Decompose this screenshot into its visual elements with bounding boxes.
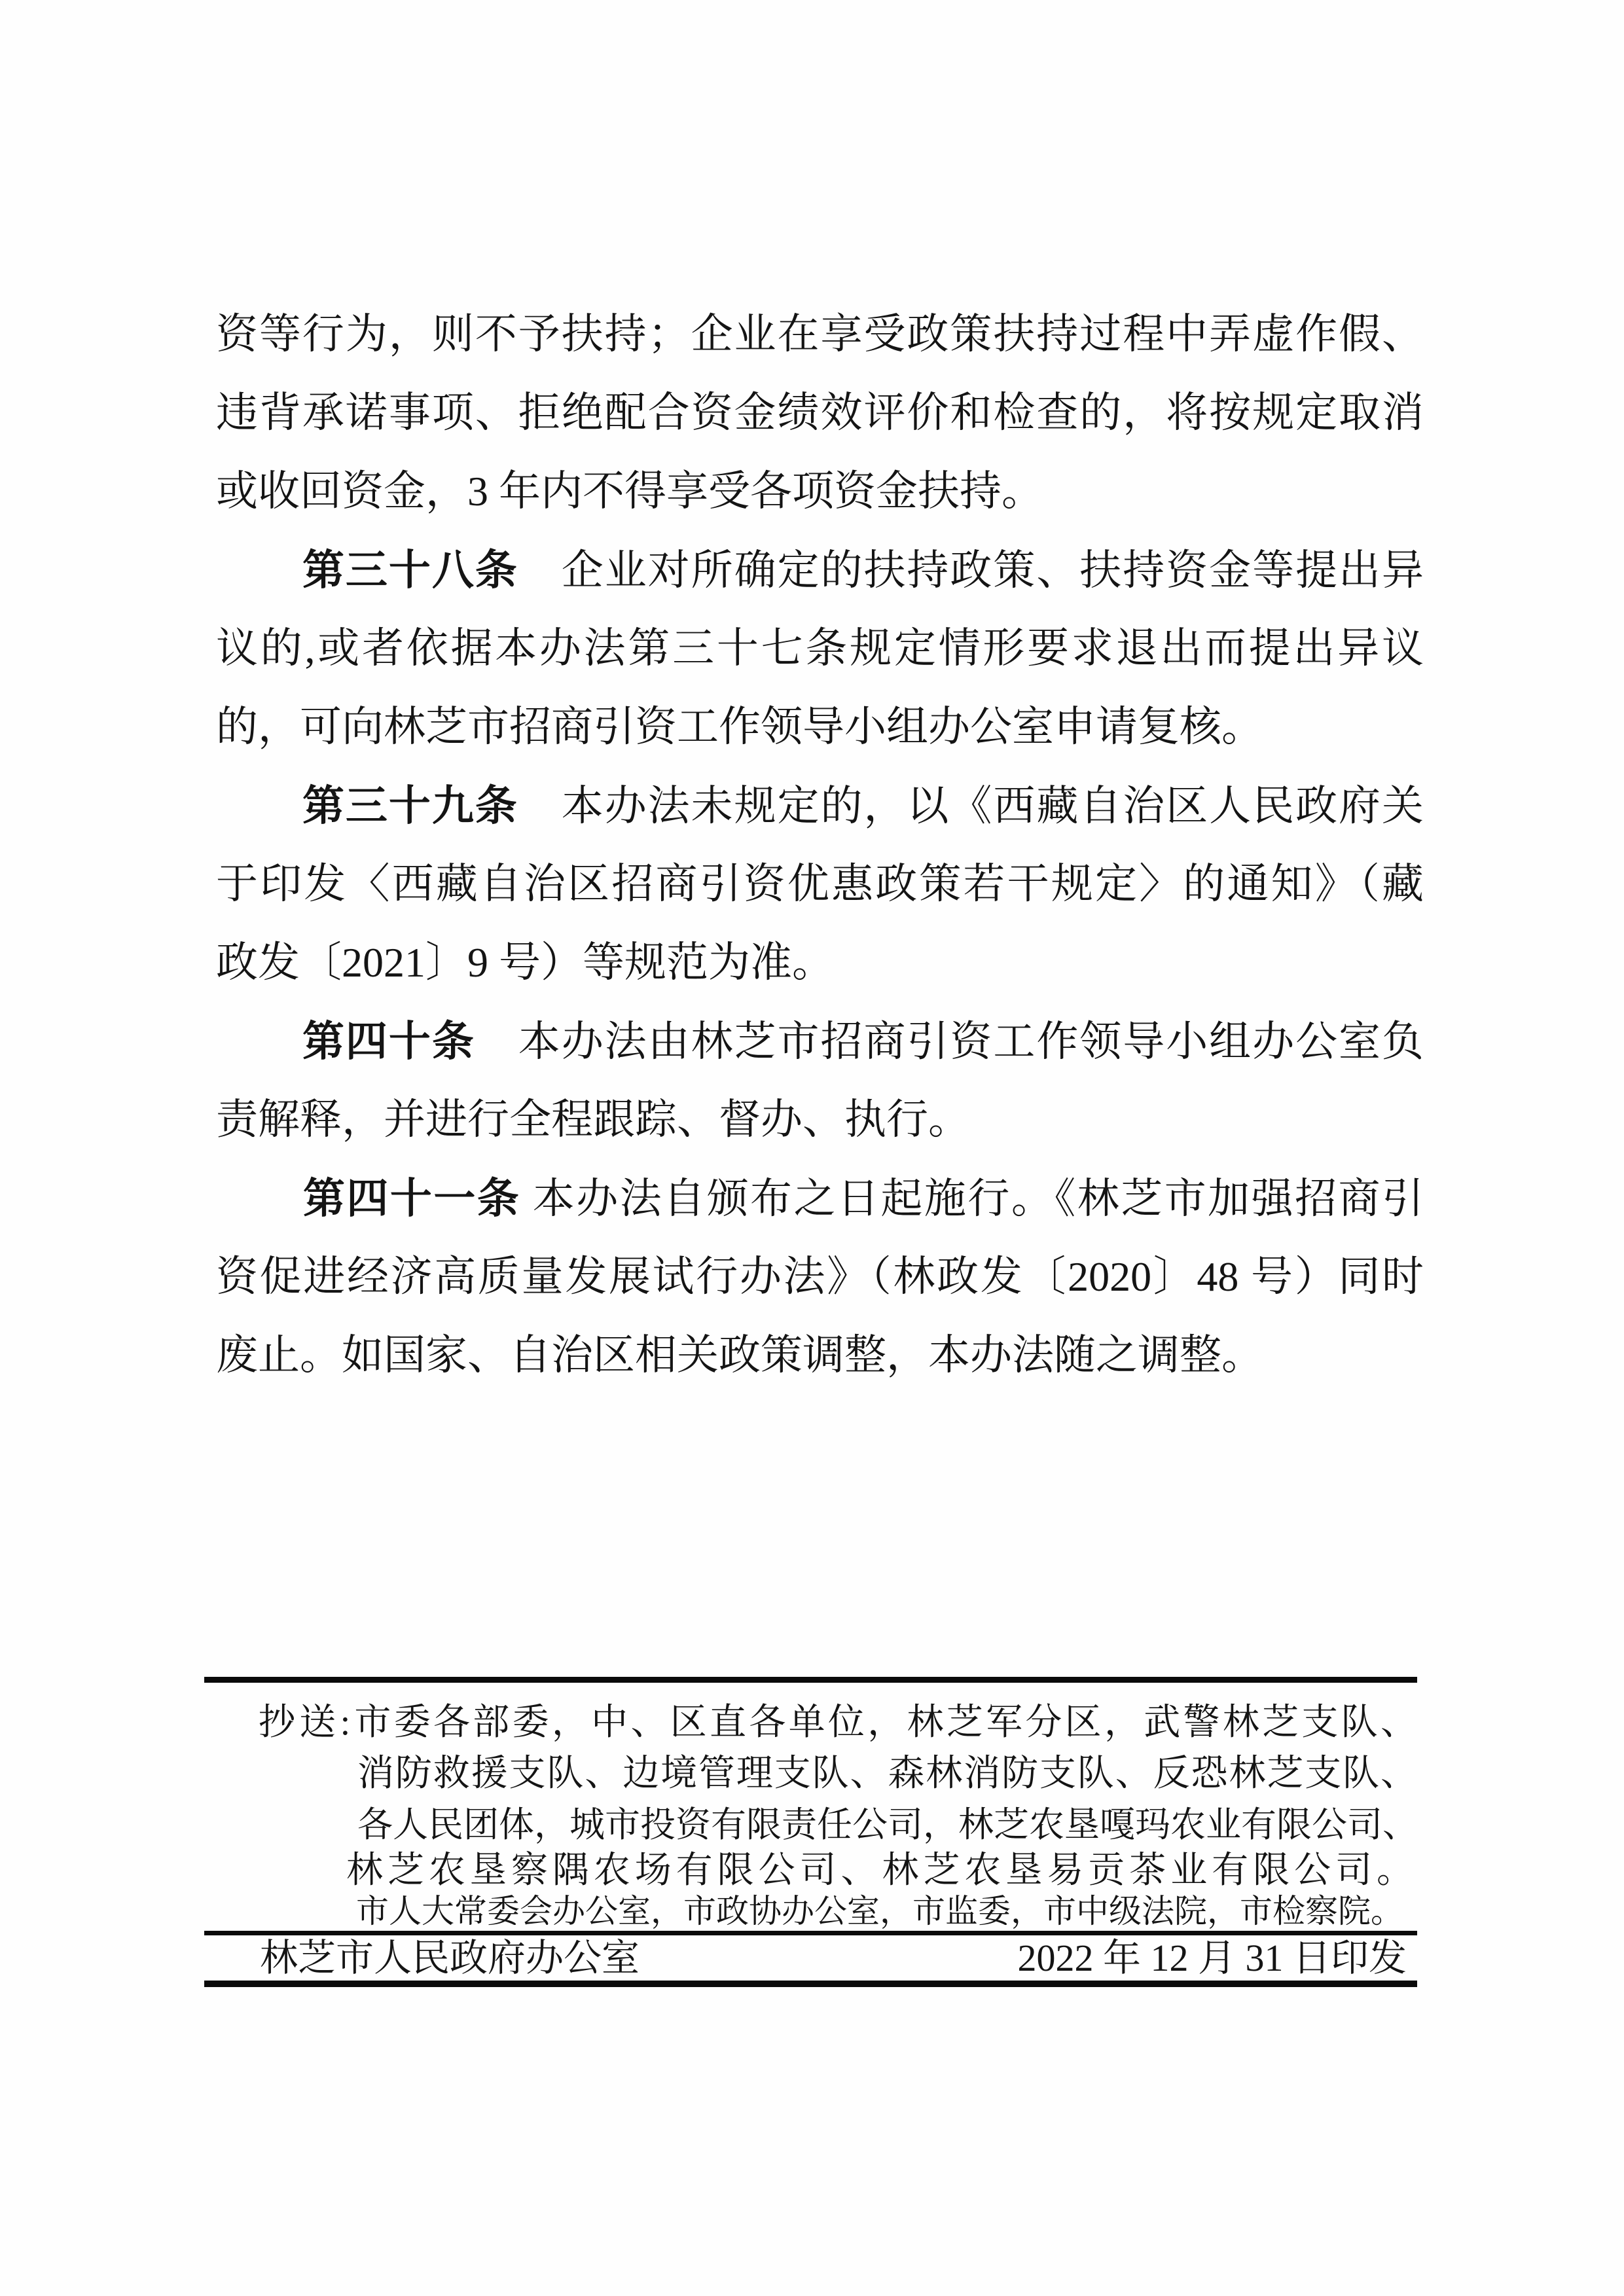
- cc-line-4: 林芝农垦察隅农场有限公司、林芝农垦易贡茶业有限公司。: [346, 1850, 1413, 1892]
- body-text-run: 的，可向林芝市招商引资工作领导小组办公室申请复核。: [216, 704, 1263, 750]
- body-text-run: [216, 547, 302, 594]
- body-text-run: 于印发〈西藏自治区招商引资优惠政策若干规定〉的通知》（藏: [216, 861, 1424, 907]
- body-line-8: 于印发〈西藏自治区招商引资优惠政策若干规定〉的通知》（藏: [216, 845, 1424, 924]
- body-text-run: 企业对所确定的扶持政策、扶持资金等提出异: [518, 547, 1424, 594]
- colophon-bottom-rule: [204, 1981, 1417, 1987]
- body-line-10: 第四十条 本办法由林芝市招商引资工作领导小组办公室负: [216, 1002, 1424, 1081]
- article-heading: 第四十一条: [303, 1175, 520, 1222]
- issuing-office: 林芝市人民政府办公室: [260, 1935, 640, 1981]
- body-line-1: 资等行为，则不予扶持；企业在享受政策扶持过程中弄虚作假、: [216, 295, 1424, 374]
- imprint-row: 林芝市人民政府办公室 2022 年 12 月 31 日印发: [204, 1935, 1417, 1981]
- body-text-run: 违背承诺事项、拒绝配合资金绩效评价和检查的，将按规定取消: [216, 389, 1424, 436]
- body-line-9: 政发〔2021〕9 号）等规范为准。: [216, 924, 1424, 1002]
- body-text-run: 政发〔2021〕9 号）等规范为准。: [216, 939, 834, 986]
- body-line-3: 或收回资金，3 年内不得享受各项资金扶持。: [216, 452, 1424, 531]
- body-line-5: 议的,或者依据本办法第三十七条规定情形要求退出而提出异议: [216, 609, 1424, 688]
- cc-label: 抄送:: [259, 1702, 352, 1743]
- body-line-13: 资促进经济高质量发展试行办法》（林政发〔2020〕48 号）同时: [216, 1238, 1424, 1316]
- article-heading: 第四十条: [302, 1018, 475, 1065]
- body-line-11: 责解释，并进行全程跟踪、督办、执行。: [216, 1081, 1424, 1159]
- body-text-run: 本办法自颁布之日起施行。《林芝市加强招商引: [520, 1175, 1424, 1222]
- body-text-run: [216, 1175, 303, 1222]
- cc-line-3: 各人民团体，城市投资有限责任公司，林芝农垦嘎玛农业有限公司、: [357, 1804, 1420, 1846]
- colophon-top-rule: [204, 1677, 1417, 1683]
- body-line-2: 违背承诺事项、拒绝配合资金绩效评价和检查的，将按规定取消: [216, 374, 1424, 452]
- body-text-run: [216, 1018, 302, 1065]
- body-text-run: 本办法未规定的，以《西藏自治区人民政府关: [518, 783, 1424, 829]
- article-heading: 第三十八条: [302, 547, 518, 594]
- cc-line-1: 抄送:市委各部委，中、区直各单位，林芝军分区，武警林芝支队、: [259, 1702, 1417, 1744]
- document-page: 资等行为，则不予扶持；企业在享受政策扶持过程中弄虚作假、违背承诺事项、拒绝配合资…: [0, 0, 1624, 2296]
- cc-line-2: 消防救援支队、边境管理支队、森林消防支队、反恐林芝支队、: [357, 1753, 1417, 1795]
- article-heading: 第三十九条: [302, 782, 518, 829]
- print-date: 2022 年 12 月 31 日印发: [1017, 1935, 1407, 1981]
- document-body: 资等行为，则不予扶持；企业在享受政策扶持过程中弄虚作假、违背承诺事项、拒绝配合资…: [216, 295, 1424, 1395]
- body-text-run: 议的,或者依据本办法第三十七条规定情形要求退出而提出异议: [216, 625, 1424, 672]
- body-line-7: 第三十九条 本办法未规定的，以《西藏自治区人民政府关: [216, 766, 1424, 845]
- body-text-run: 废止。如国家、自治区相关政策调整，本办法随之调整。: [216, 1332, 1263, 1378]
- cc-line-5: 市人大常委会办公室，市政协办公室，市监委，市中级法院，市检察院。: [356, 1893, 1420, 1929]
- body-text-run: 责解释，并进行全程跟踪、督办、执行。: [216, 1096, 970, 1143]
- body-text-run: 本办法由林芝市招商引资工作领导小组办公室负: [475, 1018, 1424, 1065]
- body-text-run: 资等行为，则不予扶持；企业在享受政策扶持过程中弄虚作假、: [216, 311, 1424, 357]
- body-text-run: 资促进经济高质量发展试行办法》（林政发〔2020〕48 号）同时: [216, 1253, 1424, 1300]
- body-line-12: 第四十一条 本办法自颁布之日起施行。《林芝市加强招商引: [216, 1159, 1424, 1238]
- body-line-4: 第三十八条 企业对所确定的扶持政策、扶持资金等提出异: [216, 531, 1424, 609]
- colophon-mid-rule: [204, 1931, 1417, 1935]
- body-text-run: [216, 783, 302, 829]
- body-line-14: 废止。如国家、自治区相关政策调整，本办法随之调整。: [216, 1316, 1424, 1395]
- body-line-6: 的，可向林芝市招商引资工作领导小组办公室申请复核。: [216, 688, 1424, 766]
- body-text-run: 或收回资金，3 年内不得享受各项资金扶持。: [216, 468, 1043, 514]
